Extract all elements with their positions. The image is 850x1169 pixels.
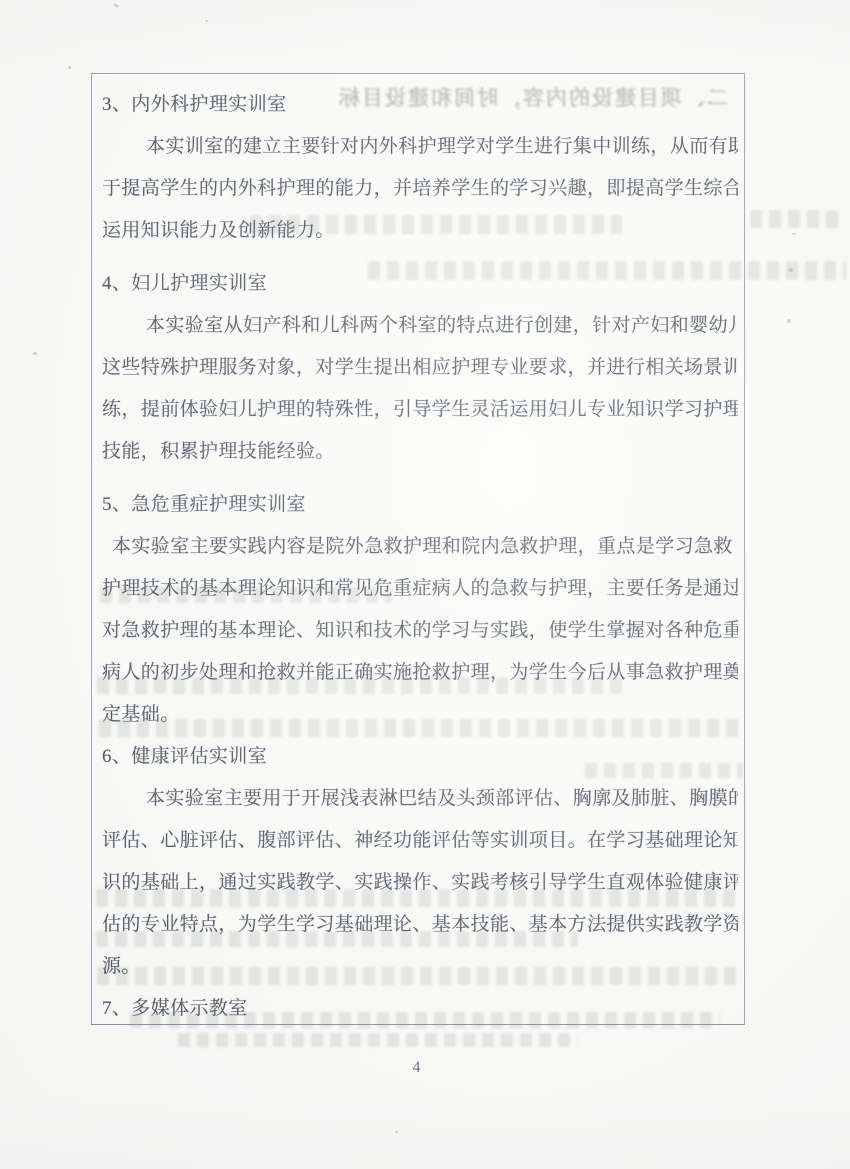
scan-speck [787,319,791,323]
text-line: 估的专业特点，为学生学习基础理论、基本技能、基本方法提供实践教学资 [102,904,738,946]
scan-speck [395,1131,398,1133]
text-line: 本实验室从妇产科和儿科两个科室的特点进行创建，针对产妇和婴幼儿 [102,305,738,347]
scan-speck [205,20,208,22]
section-heading: 5、急危重症护理实训室 [102,484,738,526]
text-line: 运用知识能力及创新能力。 [102,210,738,252]
text-line: 病人的初步处理和抢救并能正确实施抢救护理，为学生今后从事急救护理奠 [102,652,738,694]
text-line: 源。 [102,946,738,988]
section-heading: 7、多媒体示教室 [102,988,738,1030]
text-line: 这些特殊护理服务对象，对学生提出相应护理专业要求，并进行相关场景训 [102,347,738,389]
text-line: 本实验室主要用于开展浅表淋巴结及头颈部评估、胸廓及肺脏、胸膜的 [102,778,738,820]
text-line: 练，提前体验妇儿护理的特殊性，引导学生灵活运用妇儿专业知识学习护理 [102,389,738,431]
scan-speck [792,233,796,235]
scanned-page: 二、项目建设的内容，时间和建设目标 3、内外科护理实训室本实训室的建立主要针对内… [0,0,850,1169]
text-line: 对急救护理的基本理论、知识和技术的学习与实践，使学生掌握对各种危重 [102,610,738,652]
text-line: 定基础。 [102,694,738,736]
text-line: 技能，积累护理技能经验。 [102,431,738,473]
section-heading: 4、妇儿护理实训室 [102,263,738,305]
text-line: 本实训室的建立主要针对内外科护理学对学生进行集中训练，从而有助 [102,126,738,168]
scan-speck [788,268,793,272]
scan-speck [113,3,120,8]
text-line: 评估、心脏评估、腹部评估、神经功能评估等实训项目。在学习基础理论知 [102,820,738,862]
text-line: 本实验室主要实践内容是院外急救护理和院内急救护理，重点是学习急救 [102,526,738,568]
bleedthrough-line [750,210,842,228]
scan-speck [68,66,71,69]
scan-speck [33,352,37,355]
bleedthrough-line [178,1033,578,1047]
text-line: 识的基础上，通过实践教学、实践操作、实践考核引导学生直观体验健康评 [102,862,738,904]
text-line: 护理技术的基本理论知识和常见危重症病人的急救与护理，主要任务是通过 [102,568,738,610]
section-heading: 3、内外科护理实训室 [102,84,738,126]
page-number: 4 [91,1059,743,1077]
text-line: 于提高学生的内外科护理的能力，并培养学生的学习兴趣，即提高学生综合 [102,168,738,210]
document-body: 3、内外科护理实训室本实训室的建立主要针对内外科护理学对学生进行集中训练，从而有… [102,84,738,1030]
section-heading: 6、健康评估实训室 [102,736,738,778]
